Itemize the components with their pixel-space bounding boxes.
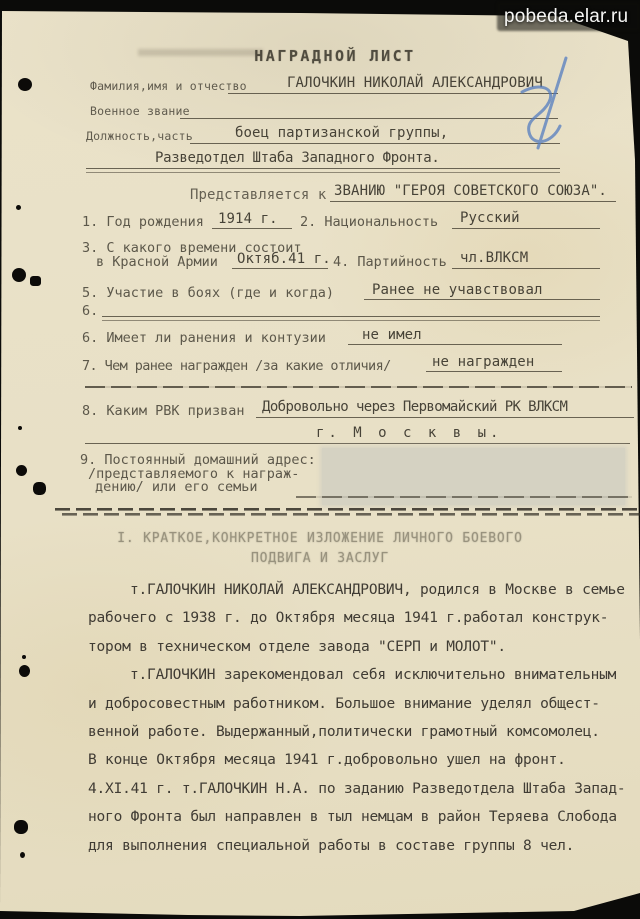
- home-address-label-3: дению/ или его семьи: [95, 479, 258, 495]
- punch-hole: [19, 665, 30, 677]
- section-divider-thin: [85, 386, 632, 388]
- citation-line: т.ГАЛОЧКИН зарекомендовал себя исключите…: [88, 661, 636, 689]
- previous-awards-value: не награжден: [432, 354, 534, 370]
- section-divider-heavy: [55, 508, 640, 516]
- citation-line: 4.XI.41 г. т.ГАЛОЧКИН Н.А. по заданию Ра…: [88, 775, 636, 803]
- red-army-since-value: Октяб.41 г.: [237, 251, 331, 267]
- ink-speck: [22, 655, 26, 659]
- citation-line: ного Фронта был направлен в тыл немцам в…: [88, 803, 636, 831]
- position-value-1: боец партизанской группы,: [235, 125, 448, 141]
- ink-speck: [16, 205, 21, 210]
- citation-line: тором в техническом отделе завода "СЕРП …: [88, 633, 636, 661]
- punch-hole: [18, 78, 32, 91]
- item-continuation-number: 6.: [82, 303, 98, 319]
- citation-text: т.ГАЛОЧКИН НИКОЛАЙ АЛЕКСАНДРОВИЧ, родилс…: [88, 576, 636, 860]
- birth-year-value: 1914 г.: [218, 211, 278, 227]
- red-army-since-label-2: в Красной Армии: [96, 254, 218, 270]
- punch-hole: [16, 465, 27, 476]
- document-title: НАГРАДНОЙ ЛИСТ: [250, 47, 420, 65]
- home-address-underline: [296, 496, 632, 498]
- citation-line: и добросовестным работником. Большое вни…: [88, 690, 636, 718]
- wounds-value: не имел: [362, 327, 422, 343]
- wounds-label: 6. Имеет ли ранения и контузии: [82, 330, 326, 346]
- scanned-document: pobeda.elar.ru НАГРАДНОЙ ЛИСТ Фамилия,им…: [0, 0, 640, 919]
- combat-participation-value: Ранее не учавствовал: [372, 282, 543, 298]
- birth-year-label: 1. Год рождения: [82, 214, 204, 230]
- punch-hole: [12, 268, 26, 282]
- citation-line: В конце Октября месяца 1941 г.добровольн…: [88, 746, 636, 774]
- citation-line: для выполнения специальной работы в сост…: [88, 832, 636, 860]
- party-label: 4. Партийность: [333, 254, 447, 270]
- nominated-label: Представляется к: [190, 187, 326, 203]
- faded-stamp-smudge: [138, 49, 263, 56]
- combat-participation-label: 5. Участие в боях (где и когда): [82, 285, 334, 301]
- drafted-by-label: 8. Каким РВК призван: [82, 403, 245, 419]
- section2-heading-line1: I. КРАТКОЕ,КОНКРЕТНОЕ ИЗЛОЖЕНИЕ ЛИЧНОГО …: [85, 531, 555, 546]
- drafted-by-city-value: г. М о с к в ы.: [316, 425, 502, 441]
- nominated-value: ЗВАНИЮ "ГЕРОЯ СОВЕТСКОГО СОЮЗА".: [334, 183, 607, 199]
- position-label: Должность,часть: [86, 129, 193, 143]
- nationality-label: 2. Национальность: [300, 214, 438, 230]
- previous-awards-label: 7. Чем ранее награжден /за какие отличия…: [82, 358, 391, 374]
- citation-line: т.ГАЛОЧКИН НИКОЛАЙ АЛЕКСАНДРОВИЧ, родилс…: [88, 576, 636, 604]
- drafted-by-value: Добровольно через Первомайский РК ВЛКСМ: [262, 399, 567, 415]
- position-value-2: Разведотдел Штаба Западного Фронта.: [155, 150, 440, 166]
- name-label: Фамилия,имя и отчество: [90, 79, 247, 93]
- ink-speck: [18, 426, 22, 430]
- section2-heading: I. КРАТКОЕ,КОНКРЕТНОЕ ИЗЛОЖЕНИЕ ЛИЧНОГО …: [85, 531, 555, 566]
- section2-heading-line2: ПОДВИГА И ЗАСЛУГ: [85, 551, 555, 566]
- citation-line: венной работе. Выдержанный,политически г…: [88, 718, 636, 746]
- ink-blot: [14, 820, 28, 834]
- blue-pen-mark: [502, 52, 582, 162]
- ink-blot: [33, 482, 46, 495]
- ink-blot: [30, 276, 41, 286]
- watermark-text: pobeda.elar.ru: [504, 6, 628, 28]
- rank-label: Военное звание: [90, 104, 190, 118]
- nationality-value: Русский: [460, 210, 520, 226]
- ink-speck: [20, 852, 25, 858]
- party-value: чл.ВЛКСМ: [460, 250, 528, 266]
- citation-line: рабочего с 1938 г. до Октября месяца 194…: [88, 604, 636, 632]
